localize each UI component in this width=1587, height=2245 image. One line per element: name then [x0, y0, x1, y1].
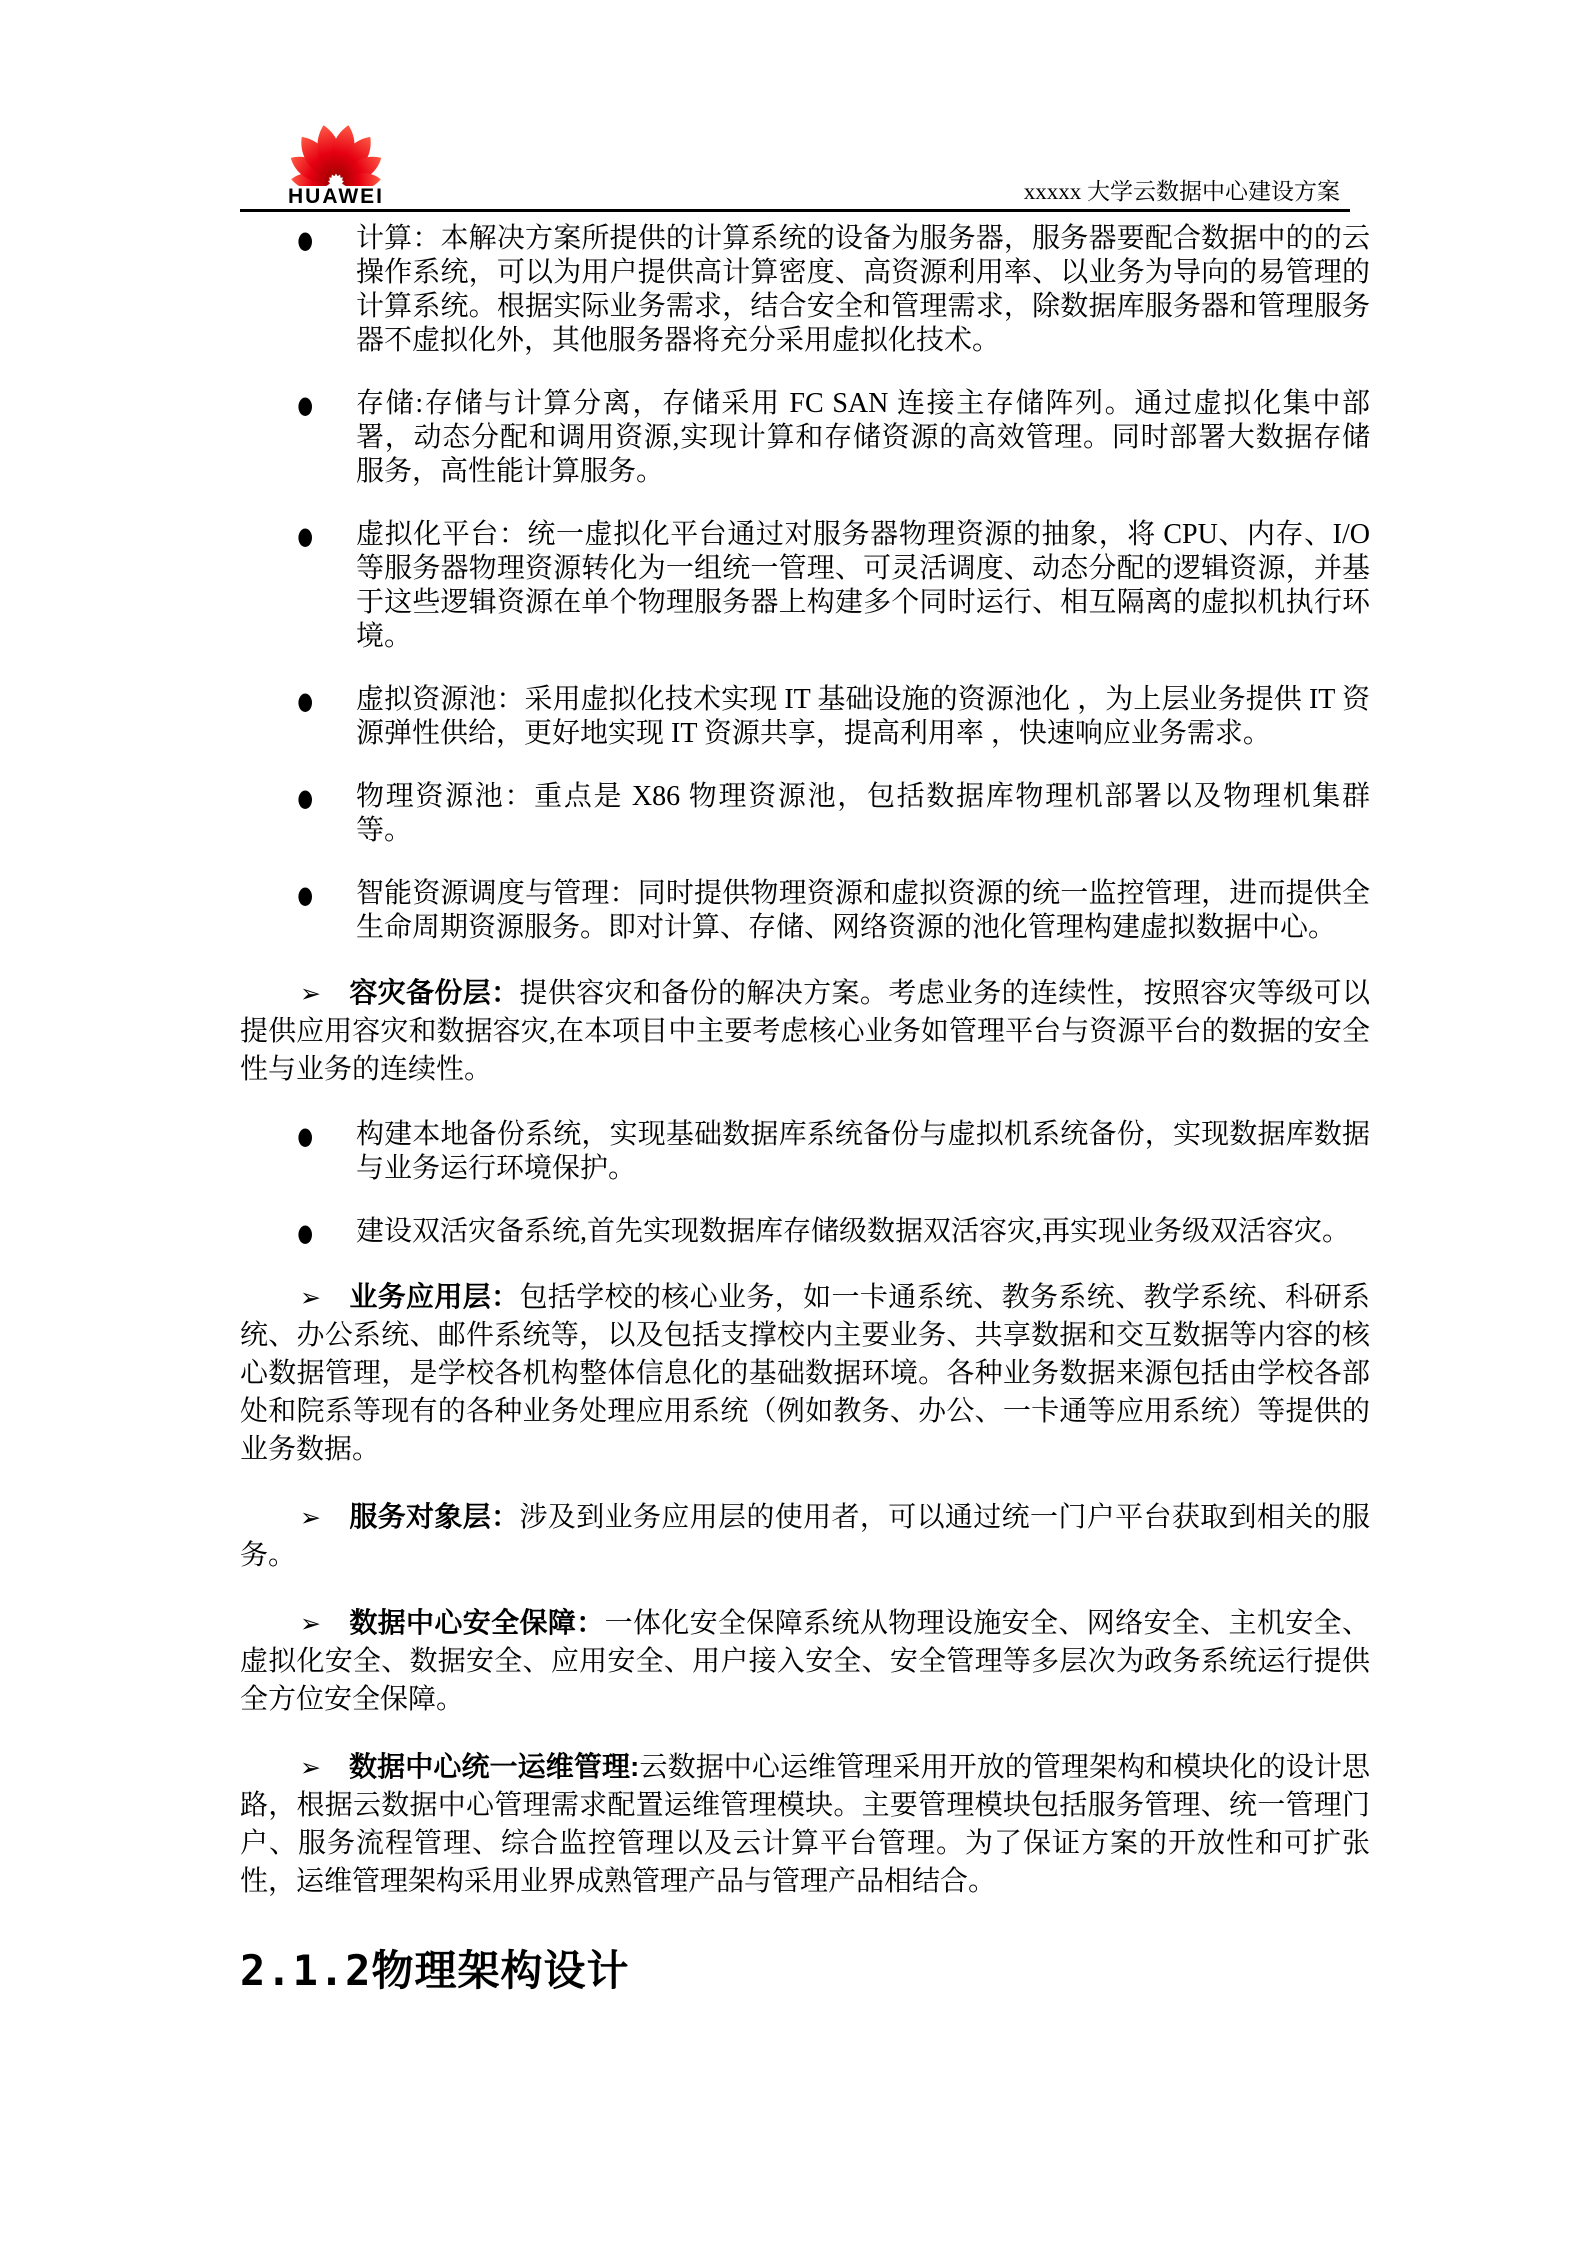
- section-number: 2.1.2: [240, 1946, 371, 1995]
- bullet-item-physical-resource-pool: ●物理资源池：重点是 X86 物理资源池，包括数据库物理机部署以及物理机集群等。: [240, 780, 1370, 848]
- arrowhead-icon: ➢: [300, 979, 321, 1008]
- bullet-text: 物理资源池：重点是 X86 物理资源池，包括数据库物理机部署以及物理机集群等。: [356, 781, 1370, 846]
- bullet-item-active-active: ●建设双活灾备系统,首先实现数据库存储级数据双活容灾,再实现业务级双活容灾。: [240, 1215, 1370, 1249]
- bullet-icon: ●: [297, 778, 313, 817]
- paragraph-label: 服务对象层：: [349, 1501, 520, 1532]
- huawei-flower-icon: [288, 108, 384, 186]
- header-rule: [240, 209, 1350, 212]
- document-body: ●计算：本解决方案所提供的计算系统的设备为服务器，服务器要配合数据中的的云操作系…: [240, 222, 1370, 1996]
- arrow-paragraph-security: ➢数据中心安全保障：一体化安全保障系统从物理设施安全、网络安全、主机安全、虚拟化…: [240, 1604, 1370, 1719]
- section-heading: 2.1.2物理架构设计: [240, 1946, 1370, 1996]
- bullet-icon: ●: [297, 220, 313, 259]
- document-page: HUAWEI xxxxx 大学云数据中心建设方案 ●计算：本解决方案所提供的计算…: [0, 0, 1587, 2245]
- bullet-icon: ●: [297, 385, 313, 424]
- bullet-text: 构建本地备份系统，实现基础数据库系统备份与虚拟机系统备份，实现数据库数据与业务运…: [356, 1119, 1370, 1184]
- bullet-item-storage: ●存储:存储与计算分离，存储采用 FC SAN 连接主存储阵列。通过虚拟化集中部…: [240, 387, 1370, 489]
- huawei-logo: HUAWEI: [286, 108, 386, 207]
- bullet-icon: ●: [297, 875, 313, 914]
- document-header-title: xxxxx 大学云数据中心建设方案: [1024, 178, 1340, 206]
- paragraph-label: 数据中心安全保障：: [349, 1607, 605, 1638]
- bullet-text: 存储:存储与计算分离，存储采用 FC SAN 连接主存储阵列。通过虚拟化集中部署…: [356, 388, 1370, 487]
- paragraph-label: 业务应用层：: [349, 1281, 520, 1312]
- arrow-paragraph-business-application: ➢业务应用层：包括学校的核心业务，如一卡通系统、教务系统、教学系统、科研系统、办…: [240, 1278, 1370, 1469]
- bullet-text: 计算：本解决方案所提供的计算系统的设备为服务器，服务器要配合数据中的的云操作系统…: [356, 223, 1370, 356]
- paragraph-label: 容灾备份层：: [349, 977, 520, 1008]
- arrowhead-icon: ➢: [300, 1283, 321, 1312]
- bullet-item-virtual-resource-pool: ●虚拟资源池：采用虚拟化技术实现 IT 基础设施的资源池化 ，为上层业务提供 I…: [240, 683, 1370, 751]
- bullet-item-local-backup: ●构建本地备份系统，实现基础数据库系统备份与虚拟机系统备份，实现数据库数据与业务…: [240, 1118, 1370, 1186]
- bullet-text: 智能资源调度与管理：同时提供物理资源和虚拟资源的统一监控管理，进而提供全生命周期…: [356, 878, 1370, 943]
- bullet-text: 虚拟资源池：采用虚拟化技术实现 IT 基础设施的资源池化 ，为上层业务提供 IT…: [356, 684, 1370, 749]
- bullet-item-smart-scheduling: ●智能资源调度与管理：同时提供物理资源和虚拟资源的统一监控管理，进而提供全生命周…: [240, 877, 1370, 945]
- arrowhead-icon: ➢: [300, 1753, 321, 1782]
- huawei-wordmark: HUAWEI: [286, 187, 386, 207]
- arrow-paragraph-service-object: ➢服务对象层：涉及到业务应用层的使用者，可以通过统一门户平台获取到相关的服务。: [240, 1498, 1370, 1575]
- bullet-text: 虚拟化平台：统一虚拟化平台通过对服务器物理资源的抽象，将 CPU、内存、I/O …: [356, 519, 1370, 652]
- bullet-text: 建设双活灾备系统,首先实现数据库存储级数据双活容灾,再实现业务级双活容灾。: [356, 1216, 1350, 1247]
- paragraph-label: 数据中心统一运维管理:: [349, 1751, 639, 1782]
- arrowhead-icon: ➢: [300, 1503, 321, 1532]
- bullet-item-virtualization-platform: ●虚拟化平台：统一虚拟化平台通过对服务器物理资源的抽象，将 CPU、内存、I/O…: [240, 518, 1370, 654]
- bullet-icon: ●: [297, 1213, 313, 1252]
- bullet-icon: ●: [297, 1116, 313, 1155]
- bullet-item-compute: ●计算：本解决方案所提供的计算系统的设备为服务器，服务器要配合数据中的的云操作系…: [240, 222, 1370, 358]
- bullet-icon: ●: [297, 516, 313, 555]
- arrow-paragraph-disaster-recovery: ➢容灾备份层：提供容灾和备份的解决方案。考虑业务的连续性，按照容灾等级可以提供应…: [240, 974, 1370, 1089]
- arrowhead-icon: ➢: [300, 1609, 321, 1638]
- arrow-paragraph-operations: ➢数据中心统一运维管理:云数据中心运维管理采用开放的管理架构和模块化的设计思路，…: [240, 1748, 1370, 1901]
- section-title: 物理架构设计: [371, 1947, 629, 1994]
- bullet-icon: ●: [297, 681, 313, 720]
